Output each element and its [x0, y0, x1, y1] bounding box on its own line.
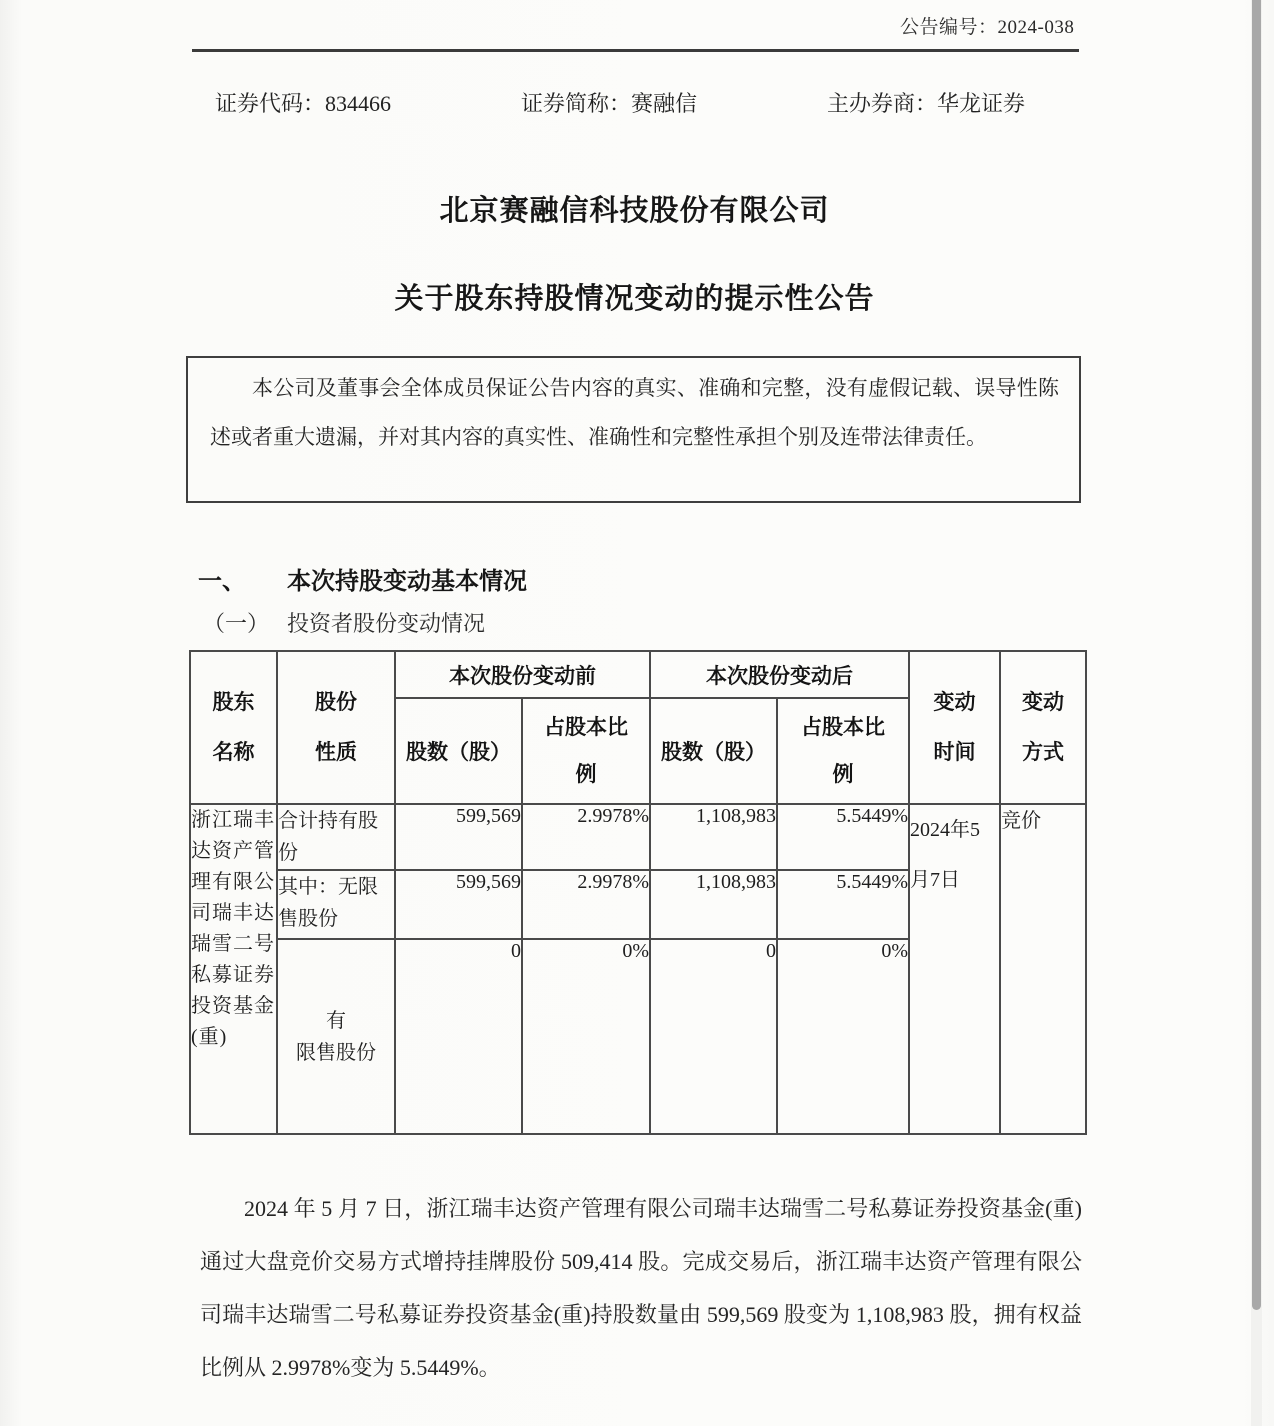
shareholder-name-cell: 浙江瑞丰达资产管理有限公司瑞丰达瑞雪二号私募证券投资基金(重): [190, 804, 277, 1134]
after-ratio-cell: 5.5449%: [777, 870, 909, 939]
col-header-nature: 股份 性质: [277, 651, 395, 804]
company-title: 北京赛融信科技股份有限公司: [189, 188, 1080, 229]
after-shares-cell: 0: [650, 939, 777, 1134]
col-header-ratio-after: 占股本比 例: [777, 698, 909, 804]
section-1-1-index: （一）: [203, 607, 287, 638]
col-header-shares-after: 股数（股）: [650, 698, 777, 804]
body-paragraph: 2024 年 5 月 7 日，浙江瑞丰达资产管理有限公司瑞丰达瑞雪二号私募证券投…: [200, 1182, 1082, 1394]
change-method-cell: 竞价: [1000, 804, 1086, 1134]
nature-cell: 合计持有股份: [277, 804, 395, 870]
nature-cell: 其中：无限售股份: [277, 870, 395, 939]
sponsor-broker: 主办券商：华龙证券: [827, 87, 1025, 118]
stock-code: 证券代码：834466: [215, 87, 391, 118]
after-ratio-cell: 0%: [777, 939, 909, 1134]
col-header-shares-before: 股数（股）: [395, 698, 522, 804]
announcement-number: 公告编号：2024-038: [900, 12, 1074, 39]
before-shares-cell: 599,569: [395, 804, 522, 870]
after-shares-cell: 1,108,983: [650, 804, 777, 870]
before-shares-cell: 599,569: [395, 870, 522, 939]
col-header-shareholder: 股东 名称: [190, 651, 277, 804]
col-group-before: 本次股份变动前: [395, 651, 650, 698]
after-ratio-cell: 5.5449%: [777, 804, 909, 870]
scrollbar-thumb[interactable]: [1252, 0, 1261, 1310]
stock-short-name: 证券简称：赛融信: [521, 87, 697, 118]
change-time-cell: 2024年5月7日: [909, 804, 1000, 1134]
col-header-ratio-before: 占股本比 例: [522, 698, 650, 804]
section-1-heading: 一、本次持股变动基本情况: [198, 561, 527, 596]
after-shares-cell: 1,108,983: [650, 870, 777, 939]
before-ratio-cell: 2.9978%: [522, 804, 650, 870]
before-ratio-cell: 0%: [522, 939, 650, 1134]
disclaimer-box: 本公司及董事会全体成员保证公告内容的真实、准确和完整，没有虚假记载、误导性陈述或…: [186, 356, 1081, 503]
announcement-document: 公告编号：2024-038 证券代码：834466 证券简称：赛融信 主办券商：…: [0, 0, 1274, 1426]
col-group-after: 本次股份变动后: [650, 651, 909, 698]
header-rule: [192, 49, 1079, 52]
share-change-table: 股东 名称 股份 性质 本次股份变动前 本次股份变动后 变动 时间 变动 方式 …: [189, 650, 1087, 1135]
announcement-title: 关于股东持股情况变动的提示性公告: [189, 276, 1080, 317]
section-1-1-title: 投资者股份变动情况: [287, 611, 485, 636]
section-1-title: 本次持股变动基本情况: [287, 568, 527, 595]
nature-cell: 有 限售股份: [277, 939, 395, 1134]
section-1-1-heading: （一）投资者股份变动情况: [203, 607, 485, 638]
before-shares-cell: 0: [395, 939, 522, 1134]
before-ratio-cell: 2.9978%: [522, 870, 650, 939]
table-row: 浙江瑞丰达资产管理有限公司瑞丰达瑞雪二号私募证券投资基金(重) 合计持有股份 5…: [190, 804, 1086, 870]
col-header-change-time: 变动 时间: [909, 651, 1000, 804]
col-header-change-method: 变动 方式: [1000, 651, 1086, 804]
section-1-index: 一、: [198, 561, 287, 596]
